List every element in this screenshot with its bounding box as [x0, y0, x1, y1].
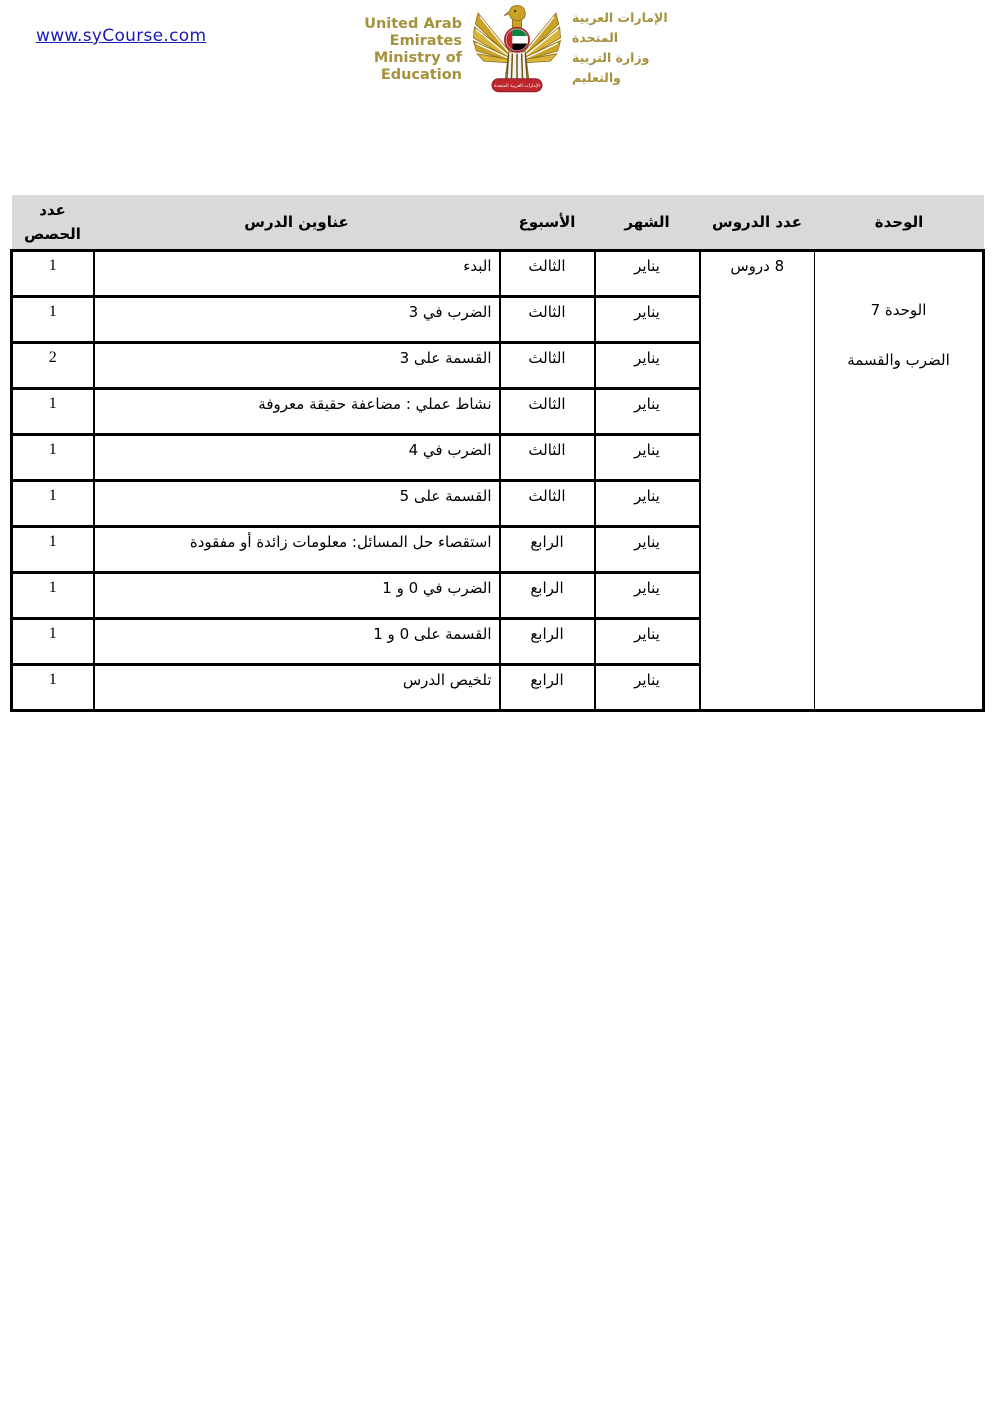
- lesson-title-cell: البدء: [94, 250, 500, 296]
- lesson-title-cell: استقصاء حل المسائل: معلومات زائدة أو مفق…: [94, 526, 500, 572]
- week-cell: الثالث: [500, 250, 595, 296]
- uae-falcon-emblem-icon: الإمارات العربية المتحدة: [466, 2, 568, 98]
- ministry-brand: United Arab Emirates Ministry of Educati…: [322, 2, 682, 98]
- col-header-week: الأسبوع: [500, 195, 595, 250]
- week-cell: الرابع: [500, 618, 595, 664]
- month-cell: يناير: [595, 664, 700, 710]
- table-header-row: عدد الحصص عناوين الدرس الأسبوع الشهر عدد…: [12, 195, 984, 250]
- col-header-periods-line2: الحصص: [12, 222, 94, 246]
- week-cell: الثالث: [500, 434, 595, 480]
- periods-cell: 1: [12, 250, 94, 296]
- periods-cell: 1: [12, 480, 94, 526]
- ministry-name-en-line1: United Arab Emirates: [322, 16, 462, 50]
- month-cell: يناير: [595, 250, 700, 296]
- col-header-unit: الوحدة: [815, 195, 984, 250]
- lesson-title-cell: القسمة على 0 و 1: [94, 618, 500, 664]
- month-cell: يناير: [595, 526, 700, 572]
- col-header-periods: عدد الحصص: [12, 195, 94, 250]
- lesson-title-cell: القسمة على 5: [94, 480, 500, 526]
- month-cell: يناير: [595, 296, 700, 342]
- week-cell: الرابع: [500, 572, 595, 618]
- ministry-name-en-line2: Ministry of Education: [322, 50, 462, 84]
- month-cell: يناير: [595, 480, 700, 526]
- periods-cell: 1: [12, 572, 94, 618]
- lesson-title-cell: الضرب في 4: [94, 434, 500, 480]
- periods-cell: 1: [12, 434, 94, 480]
- lesson-title-cell: نشاط عملي : مضاعفة حقيقة معروفة: [94, 388, 500, 434]
- lesson-title-cell: تلخيص الدرس: [94, 664, 500, 710]
- month-cell: يناير: [595, 618, 700, 664]
- week-cell: الثالث: [500, 388, 595, 434]
- week-cell: الثالث: [500, 480, 595, 526]
- periods-cell: 2: [12, 342, 94, 388]
- col-header-lesson-count: عدد الدروس: [700, 195, 815, 250]
- unit-number: الوحدة 7: [819, 300, 978, 320]
- unit-cell: الوحدة 7 الضرب والقسمة: [815, 250, 984, 710]
- month-cell: يناير: [595, 434, 700, 480]
- lesson-plan-table: عدد الحصص عناوين الدرس الأسبوع الشهر عدد…: [10, 195, 985, 712]
- table-row: 1 البدء الثالث يناير 8 دروس الوحدة 7 الض…: [12, 250, 984, 296]
- periods-cell: 1: [12, 664, 94, 710]
- week-cell: الرابع: [500, 526, 595, 572]
- week-cell: الثالث: [500, 296, 595, 342]
- month-cell: يناير: [595, 572, 700, 618]
- svg-text:الإمارات العربية المتحدة: الإمارات العربية المتحدة: [494, 83, 540, 89]
- col-header-periods-line1: عدد: [12, 198, 94, 222]
- document-page: { "page": { "site_link": "www.syCourse.c…: [0, 0, 992, 1403]
- periods-cell: 1: [12, 296, 94, 342]
- unit-title: الضرب والقسمة: [819, 350, 978, 370]
- lesson-title-cell: الضرب في 0 و 1: [94, 572, 500, 618]
- col-header-month: الشهر: [595, 195, 700, 250]
- ministry-name-ar-line1: الإمارات العربية المتحدة: [572, 8, 682, 48]
- lesson-count-cell: 8 دروس: [700, 250, 815, 710]
- periods-cell: 1: [12, 526, 94, 572]
- ministry-name-english: United Arab Emirates Ministry of Educati…: [322, 16, 462, 84]
- ministry-name-arabic: الإمارات العربية المتحدة وزارة التربية و…: [572, 8, 682, 88]
- month-cell: يناير: [595, 342, 700, 388]
- lesson-title-cell: القسمة على 3: [94, 342, 500, 388]
- week-cell: الرابع: [500, 664, 595, 710]
- site-link[interactable]: www.syCourse.com: [36, 26, 206, 46]
- lesson-title-cell: الضرب في 3: [94, 296, 500, 342]
- month-cell: يناير: [595, 388, 700, 434]
- week-cell: الثالث: [500, 342, 595, 388]
- ministry-name-ar-line2: وزارة التربية والتعليم: [572, 48, 682, 88]
- col-header-titles: عناوين الدرس: [94, 195, 500, 250]
- periods-cell: 1: [12, 618, 94, 664]
- periods-cell: 1: [12, 388, 94, 434]
